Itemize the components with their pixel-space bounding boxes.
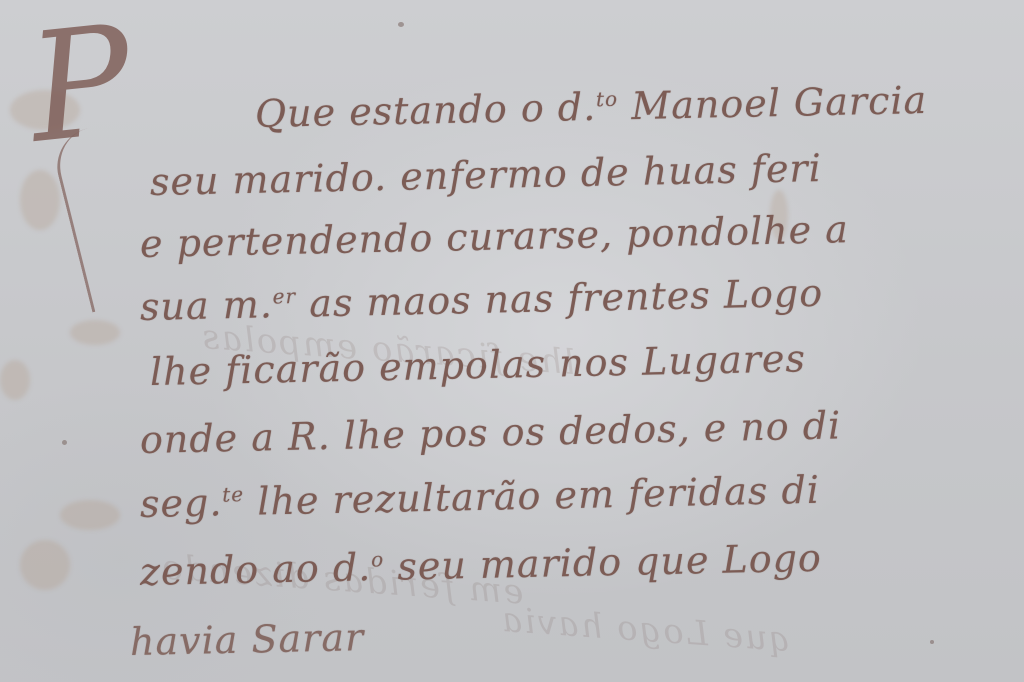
manuscript-line: onde a R. lhe pos os dedos, e no di (140, 403, 842, 462)
bleed-through-text: que Logo havia (499, 600, 792, 660)
manuscript-line: sua m.er as maos nas frentes Logo (140, 271, 824, 329)
water-stain (0, 360, 30, 400)
manuscript-line: zendo ao d.o seu marido que Logo (140, 536, 823, 594)
manuscript-line: havia Sarar (130, 615, 365, 664)
manuscript-line: seg.te lhe rezultarão em feridas di (140, 468, 821, 526)
water-stain (70, 320, 120, 345)
ink-dot (930, 640, 934, 644)
manuscript-line: Que estando o d.to Manoel Garcia (255, 78, 928, 136)
manuscript-line: seu marido. enfermo de huas feri (150, 146, 823, 204)
ink-dot (398, 22, 404, 27)
water-stain (60, 500, 120, 530)
manuscript-line: e pertendendo curarse, pondolhe a (140, 207, 850, 266)
water-stain (20, 540, 70, 590)
ink-dot (62, 440, 67, 445)
water-stain (20, 170, 60, 230)
manuscript-page: lhe ficarão empolas em feridas dizendo q… (0, 0, 1024, 682)
